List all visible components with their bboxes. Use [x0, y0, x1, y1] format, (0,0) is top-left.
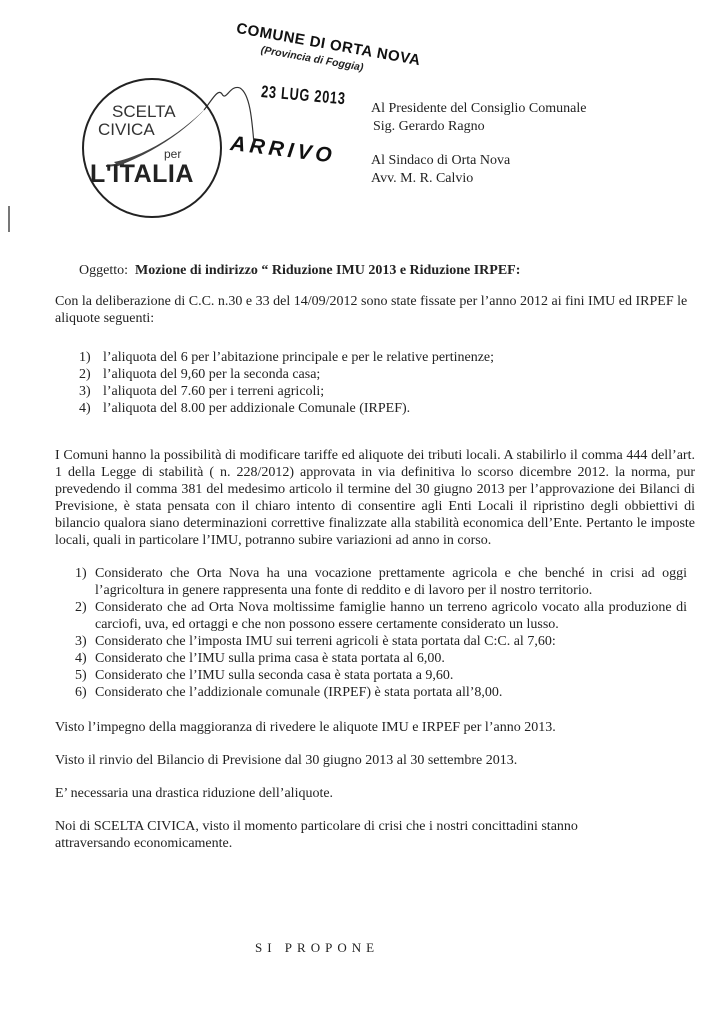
list-item: 2)l’aliquota del 9,60 per la seconda cas… [55, 366, 695, 383]
recipient-role: Al Presidente del Consiglio Comunale [371, 100, 586, 118]
subject-line: Oggetto: Mozione di indirizzo “ Riduzion… [79, 262, 695, 279]
list-item: 1)l’aliquota del 6 per l’abitazione prin… [55, 349, 695, 366]
closing-paragraph: Visto l’impegno della maggioranza di riv… [55, 719, 695, 736]
list-item: 5)Considerato che l’IMU sulla seconda ca… [55, 667, 687, 684]
scelta-civica-logo: SCELTA CIVICA per L'ITALIA [82, 78, 222, 218]
recipient-name: Sig. Gerardo Ragno [371, 118, 586, 136]
list-item: 3)Considerato che l’imposta IMU sui terr… [55, 633, 687, 650]
list-item: 3)l’aliquota del 7.60 per i terreni agri… [55, 383, 695, 400]
list-item: 4)l’aliquota del 8.00 per addizionale Co… [55, 400, 695, 417]
closing-paragraph: Visto il rinvio del Bilancio di Previsio… [55, 752, 695, 769]
margin-mark [8, 206, 10, 232]
stamp-date: 23 LUG 2013 [260, 82, 346, 109]
list-item: 1)Considerato che Orta Nova ha una vocaz… [55, 565, 687, 599]
logo-line-3: per [164, 147, 181, 161]
list-item: 6)Considerato che l’addizionale comunale… [55, 684, 687, 701]
recipient-role: Al Sindaco di Orta Nova [371, 152, 586, 170]
list-item: 2)Considerato che ad Orta Nova moltissim… [55, 599, 687, 633]
si-propone-heading: SI PROPONE [255, 940, 379, 956]
logo-line-4: L'ITALIA [90, 160, 194, 189]
list-item: 4)Considerato che l’IMU sulla prima casa… [55, 650, 687, 667]
main-paragraph: I Comuni hanno la possibilità di modific… [55, 447, 695, 549]
logo-line-2: CIVICA [98, 120, 155, 140]
recipient-name: Avv. M. R. Calvio [371, 170, 586, 188]
document-body: Oggetto: Mozione di indirizzo “ Riduzion… [55, 262, 695, 868]
intro-paragraph: Con la deliberazione di C.C. n.30 e 33 d… [55, 293, 695, 327]
closing-paragraph: Noi di SCELTA CIVICA, visto il momento p… [55, 818, 695, 852]
rates-list: 1)l’aliquota del 6 per l’abitazione prin… [55, 349, 695, 417]
subject-label: Oggetto: [79, 263, 128, 278]
subject-text: Mozione di indirizzo “ Riduzione IMU 201… [135, 263, 520, 278]
logo-line-1: SCELTA [112, 102, 176, 122]
closing-paragraph: E’ necessaria una drastica riduzione del… [55, 785, 695, 802]
recipients-block: Al Presidente del Consiglio Comunale Sig… [371, 100, 586, 188]
swoosh-icon [84, 80, 220, 216]
considerations-list: 1)Considerato che Orta Nova ha una vocaz… [55, 565, 695, 701]
